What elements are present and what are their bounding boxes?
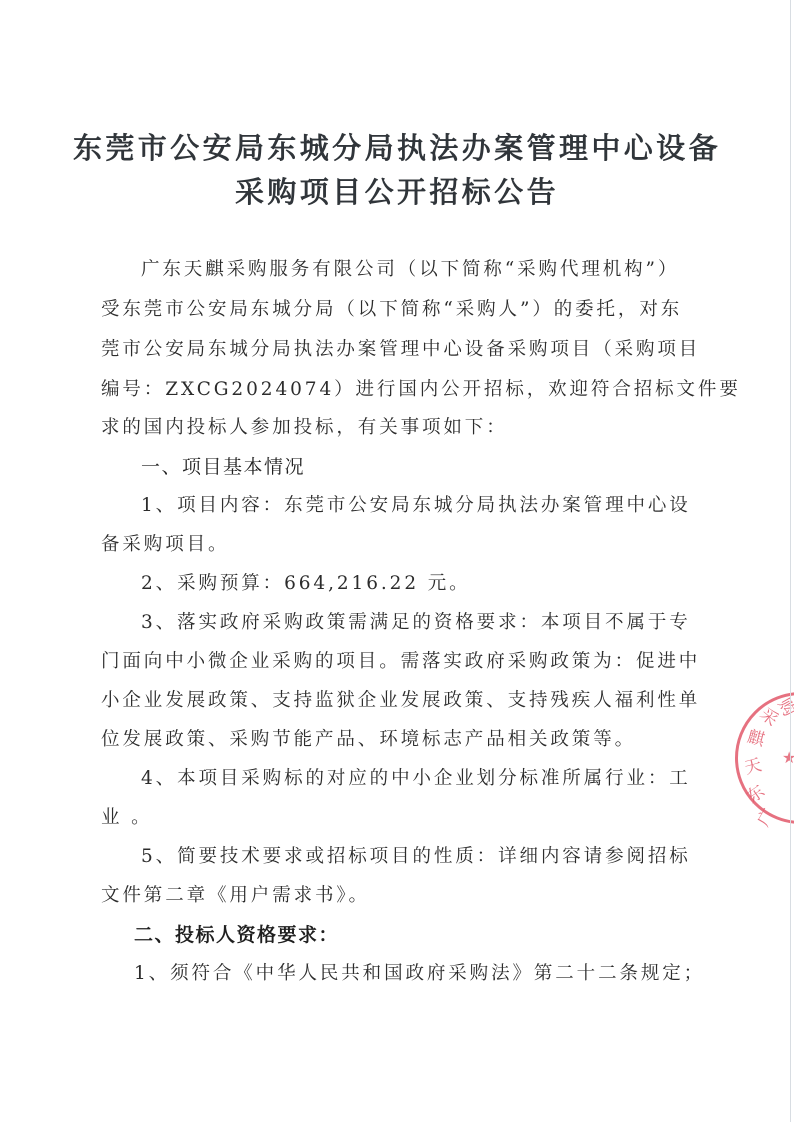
section-1-item-1-line-1: 1、项目内容：东莞市公安局东城分局执法办案管理中心设: [141, 494, 691, 518]
seal-star-icon: ★: [782, 748, 794, 768]
scan-edge-line: [790, 0, 791, 1122]
document-title-line-1: 东莞市公安局东城分局执法办案管理中心设备: [0, 131, 794, 165]
intro-line-5: 求的国内投标人参加投标，有关事项如下：: [101, 416, 508, 440]
intro-line-2: 受东莞市公安局东城分局（以下简称“采购人”）的委托，对东: [101, 298, 682, 322]
section-1-item-3-line-3: 小企业发展政策、支持监狱企业发展政策、支持残疾人福利性单: [101, 689, 700, 713]
section-1-item-5-line-1: 5、简要技术要求或招标项目的性质：详细内容请参阅招标: [141, 845, 691, 869]
section-1-item-5-line-2: 文件第二章《用户需求书》。: [101, 884, 370, 908]
section-1-item-1-line-2: 备采购项目。: [101, 533, 229, 557]
section-2-heading: 二、投标人资格要求：: [134, 923, 339, 947]
section-1-item-3-line-4: 位发展政策、采购节能产品、环境标志产品相关政策等。: [101, 728, 636, 752]
intro-line-3: 莞市公安局东城分局执法办案管理中心设备采购项目（采购项目: [101, 338, 700, 362]
section-1-item-3-line-1: 3、落实政府采购政策需满足的资格要求：本项目不属于专: [141, 611, 691, 635]
intro-line-4: 编号：ZXCG2024074）进行国内公开招标，欢迎符合招标文件要: [101, 378, 741, 402]
section-1-item-2-line-1: 2、采购预算：664,216.22 元。: [141, 572, 471, 596]
section-1-item-4-line-1: 4、本项目采购标的对应的中小企业划分标准所属行业：工: [141, 767, 691, 791]
section-1-heading: 一、项目基本情况: [141, 455, 305, 479]
document-page: 东莞市公安局东城分局执法办案管理中心设备 采购项目公开招标公告 广东天麒采购服务…: [0, 0, 794, 1122]
section-1-item-3-line-2: 门面向中小微企业采购的项目。需落实政府采购政策为：促进中: [101, 650, 700, 674]
section-2-item-1-line-1: 1、须符合《中华人民共和国政府采购法》第二十二条规定；: [134, 962, 705, 986]
section-1-item-4-line-2: 业 。: [101, 806, 153, 830]
document-title-line-2: 采购项目公开招标公告: [0, 175, 794, 209]
intro-line-1: 广东天麒采购服务有限公司（以下简称“采购代理机构”）: [141, 258, 679, 282]
